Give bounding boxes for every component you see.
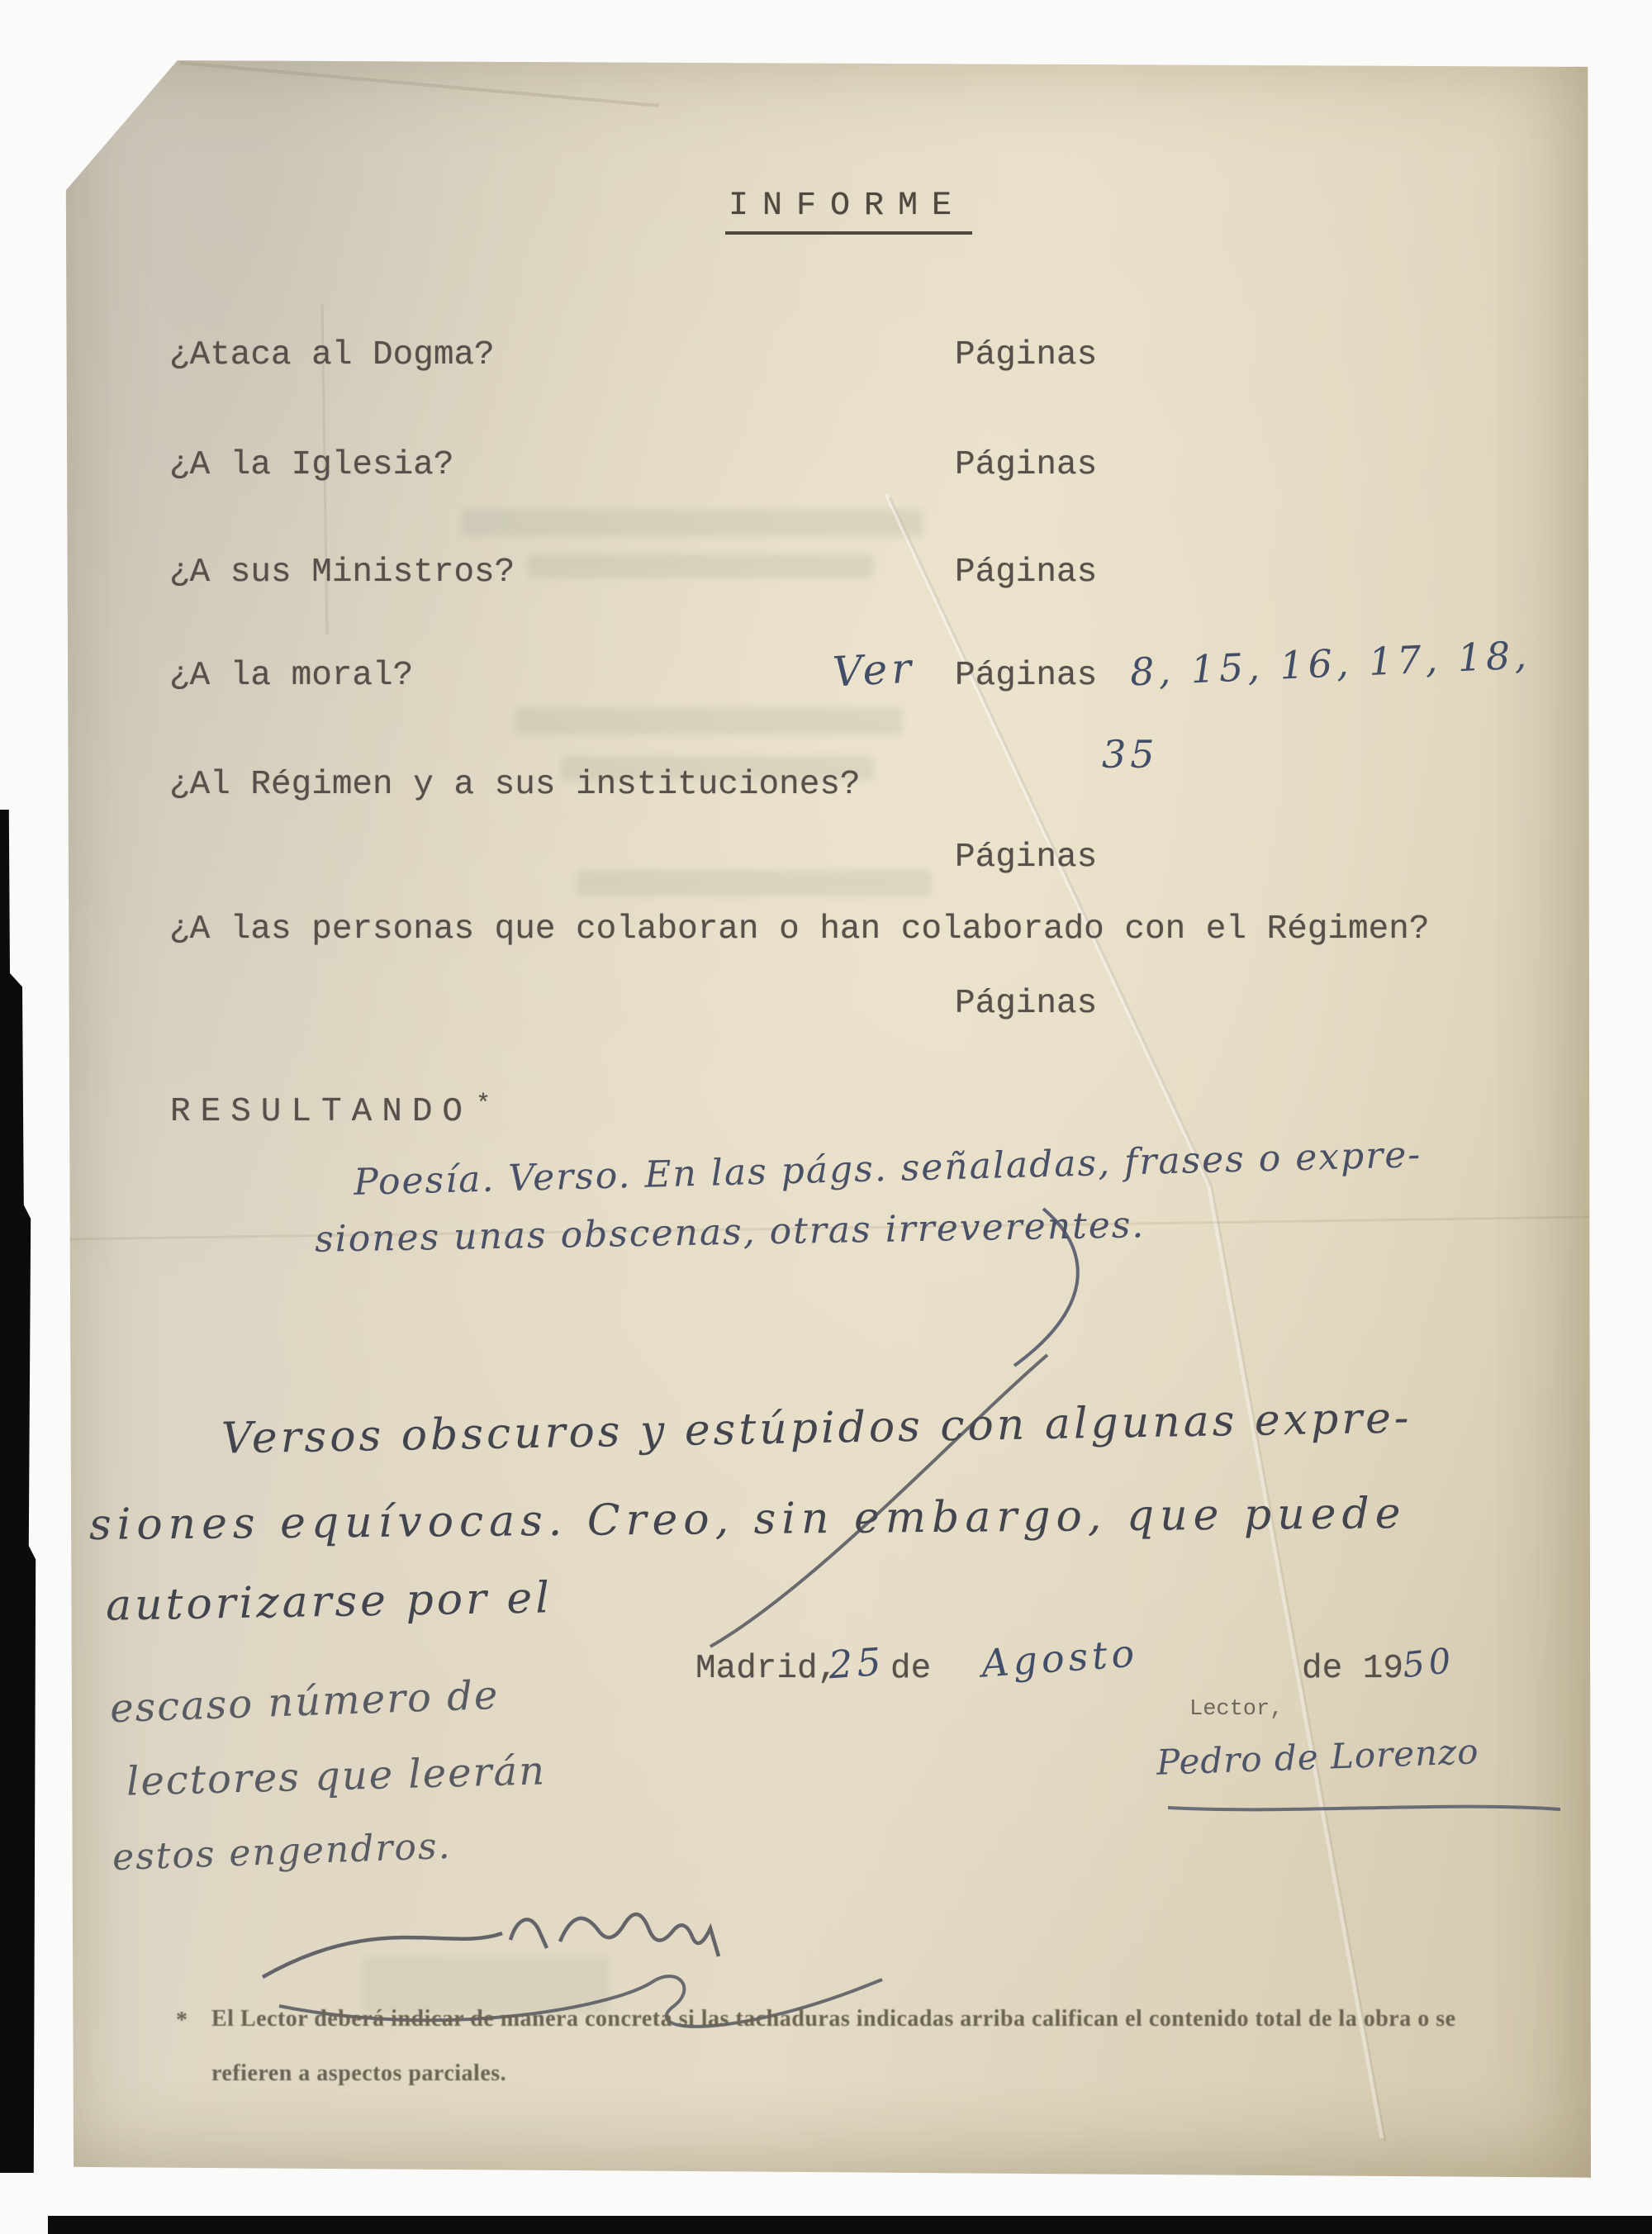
reader-role-label: Lector, <box>1189 1699 1283 1721</box>
question-iglesia: ¿A la Iglesia? <box>169 449 453 482</box>
reader-signature-flourish <box>254 1882 1047 2064</box>
pen-flourish <box>965 1205 1105 1378</box>
question-regimen: ¿Al Régimen y a sus instituciones? <box>169 768 861 802</box>
question-ataca-dogma: ¿Ataca al Dogma? <box>169 339 495 373</box>
resultando-heading: RESULTANDO* <box>170 1096 497 1129</box>
date-day-handwritten: 25 <box>827 1642 886 1685</box>
pen-stroke <box>710 1353 1049 1651</box>
footnote-marker: * <box>176 2009 188 2032</box>
scan-edge-left <box>0 810 50 2173</box>
date-de-year: de 19 <box>1302 1652 1403 1686</box>
pages-label-moral: Páginas <box>955 659 1097 693</box>
date-de: de <box>890 1652 931 1686</box>
handwritten-ver: Ver <box>832 647 916 692</box>
footnote-line2: refieren a aspectos parciales. <box>211 2062 506 2085</box>
date-year-handwritten: 50 <box>1401 1643 1456 1683</box>
pages-label-dogma: Páginas <box>955 339 1097 373</box>
handwritten-verdict-line3: autorizarse por el <box>106 1576 553 1627</box>
resultando-label: RESULTANDO <box>170 1093 472 1131</box>
date-city: Madrid, <box>695 1652 838 1686</box>
pages-label-ministros: Páginas <box>955 556 1097 590</box>
document-page: INFORME ¿Ataca al Dogma? Páginas ¿A la I… <box>64 56 1591 2186</box>
signature-underline <box>1168 1799 1564 1816</box>
footnote-line1: El Lector deberá indicar de manera concr… <box>211 2008 1456 2031</box>
report-title: INFORME <box>725 190 972 235</box>
pages-label-regimen: Páginas <box>955 841 1097 875</box>
handwritten-verdict-line5: lectores que leerán <box>126 1751 546 1801</box>
question-ministros: ¿A sus Ministros? <box>169 556 515 590</box>
handwritten-page-numbers-cont: 35 <box>1102 735 1159 773</box>
pages-label-personas: Páginas <box>955 987 1097 1021</box>
scan-edge-bottom <box>48 2216 1652 2234</box>
pages-label-iglesia: Páginas <box>955 449 1097 482</box>
resultando-asterisk: * <box>476 1091 501 1119</box>
date-month-handwritten: Agosto <box>980 1633 1140 1682</box>
scanned-document: INFORME ¿Ataca al Dogma? Páginas ¿A la I… <box>0 0 1652 2234</box>
question-personas: ¿A las personas que colaboran o han cola… <box>169 913 1429 947</box>
question-moral: ¿A la moral? <box>169 659 413 693</box>
